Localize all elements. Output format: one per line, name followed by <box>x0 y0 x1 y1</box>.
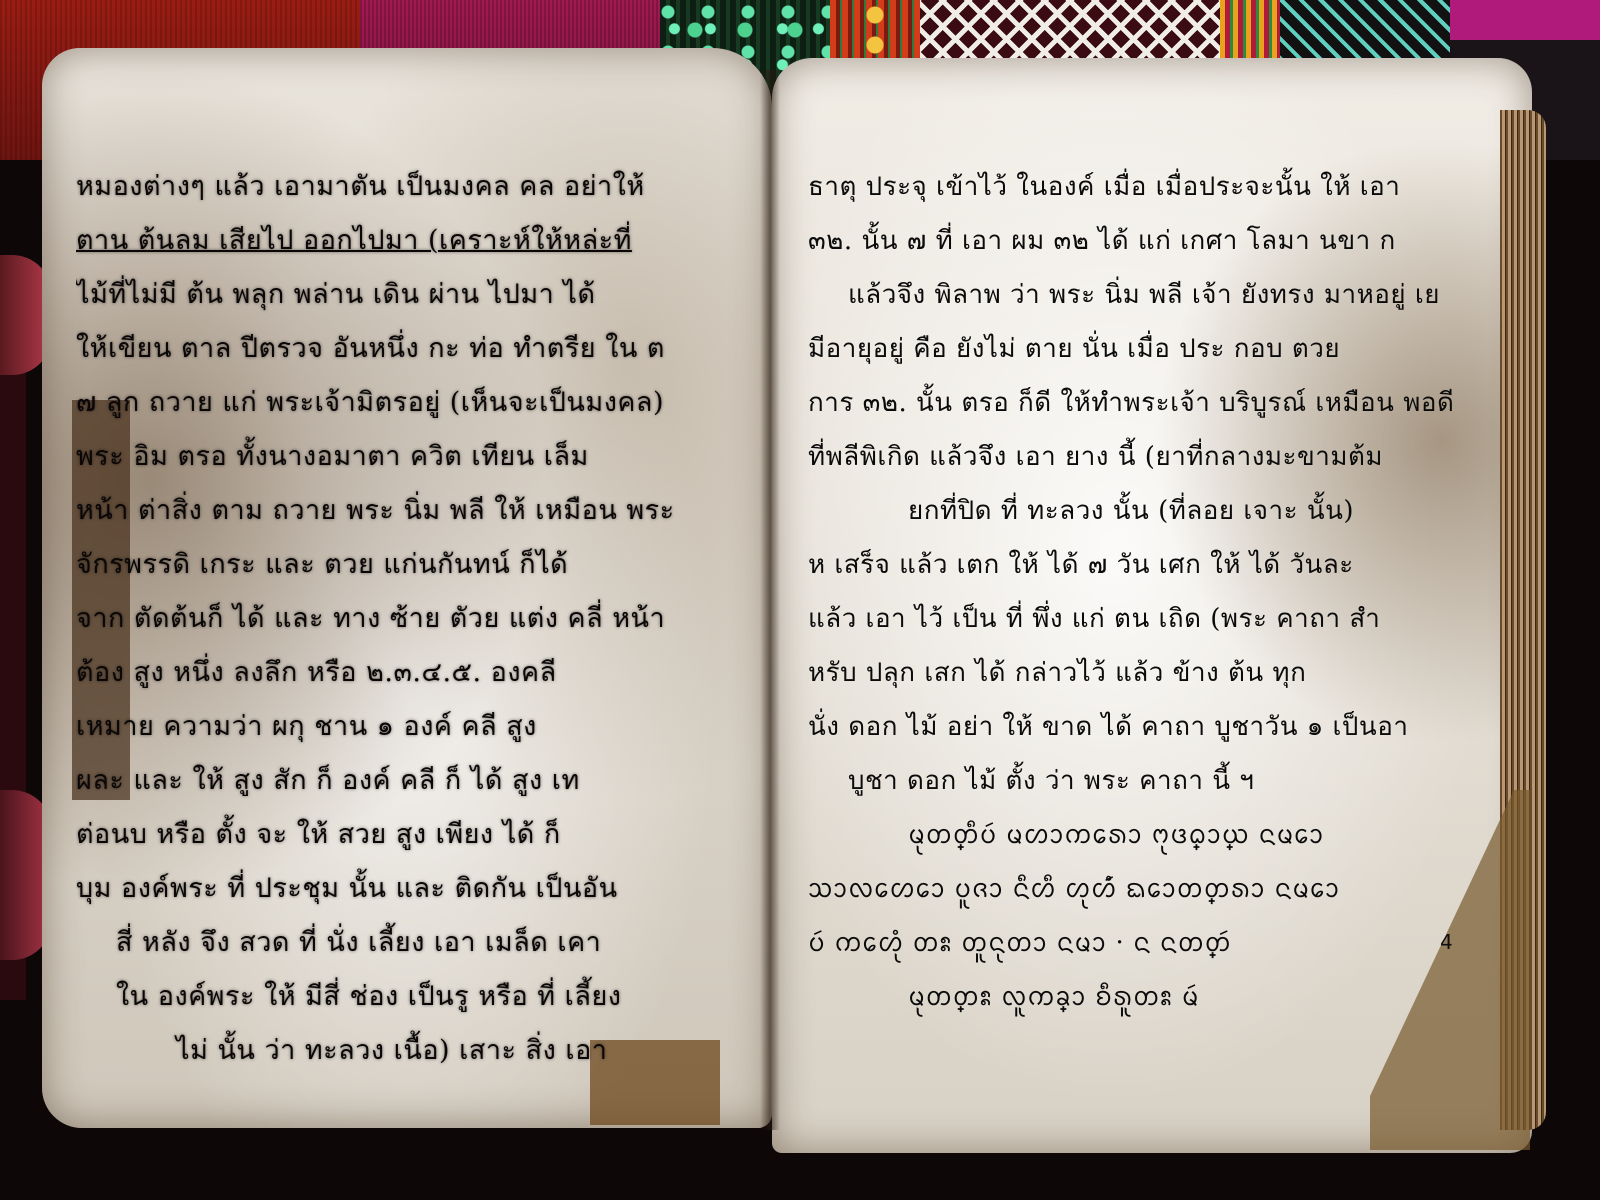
manuscript-line: ให้เขียน ตาล ปีตรวจ อันหนึ่ง กะ ท่อ ทำตร… <box>76 322 776 376</box>
manuscript-line: ยกที่ปิด ที่ ทะลวง นั้น (ที่ลอย เจาะ นั้… <box>808 484 1508 538</box>
manuscript-line: บุม องค์พระ ที่ ประชุม นั้น และ ติดกัน เ… <box>76 862 776 916</box>
manuscript-line: หมองต่างๆ แล้ว เอามาตัน เป็นมงคล คล อย่า… <box>76 160 776 214</box>
manuscript-line-underlined: ตาน ต้นลม เสียไป ออกไปมา (เคราะห์ให้หล่ะ… <box>76 214 776 268</box>
manuscript-line: หรับ ปลุก เสก ได้ กล่าวไว้ แล้ว ข้าง ต้น… <box>808 646 1508 700</box>
manuscript-line: ห เสร็จ แล้ว เตก ให้ ได้ ๗ วัน เศก ให้ ไ… <box>808 538 1508 592</box>
mantra-line-tham-script: ᨾᩩᨲ᩠ᨲᩥᨷᩢ ᨾᩉᩣᨠᩮᩁᩣ ᨻᩩᨴ᩠ᨵᩣ᩠ᨿ ᨶᨾᩮᩣ <box>808 808 1508 862</box>
page-mark: 4 <box>1440 930 1453 954</box>
manuscript-line: ไม่ นั้น ว่า ทะลวง เนื้อ) เสาะ สิ่ง เอา <box>76 1024 776 1078</box>
manuscript-line: ต้อง สูง หนึ่ง ลงลึก หรือ ๒.๓.๔.๕. องคลี <box>76 646 776 700</box>
manuscript-line: หน้า ต่าสิ่ง ตาม ถวาย พระ นิ่ม พลี ให้ เ… <box>76 484 776 538</box>
right-page-text: ธาตุ ประจุ เข้าไว้ ในองค์ เมื่อ เมื่อประ… <box>808 160 1508 1024</box>
mantra-line-tham-script: ᩈᩣᩃᩮᩉᩮᩣ ᨷᩪᨩᩣ ᨶᩥᩉᩥ ᩉᩩᩉᩢᩴ ᨳᩮᩣᨲ᩠ᨲᩁᩣ ᨶᨾᩮᩣ <box>808 862 1508 916</box>
manuscript-line: จาก ตัดต้นก็ ได้ และ ทาง ซ้าย ตัวย แต่ง … <box>76 592 776 646</box>
manuscript-line: พระ อิม ตรอ ทั้งนางอมาตา ควิต เทียน เล็ม <box>76 430 776 484</box>
manuscript-line: ผละ และ ให้ สูง สัก ก็ องค์ คลี ก็ ได้ ส… <box>76 754 776 808</box>
manuscript-line: เหมาย ความว่า ผกุ ชาน ๑ องค์ คลี สูง <box>76 700 776 754</box>
left-page-text: หมองต่างๆ แล้ว เอามาตัน เป็นมงคล คล อย่า… <box>76 160 776 1078</box>
manuscript-line: การ ๓๒. นั้น ตรอ ก็ดี ให้ทำพระเจ้า บริบู… <box>808 376 1508 430</box>
manuscript-line: ไม้ที่ไม่มี ต้น พลุก พล่าน เดิน ผ่าน ไปม… <box>76 268 776 322</box>
manuscript-line: ๓๒. นั้น ๗ ที่ เอา ผม ๓๒ ได้ แก่ เกศา โล… <box>808 214 1508 268</box>
manuscript-line: บูชา ดอก ไม้ ตั้ง ว่า พระ คาถา นี้ ฯ <box>808 754 1508 808</box>
manuscript-line: ๗ ลูก ถวาย แก่ พระเจ้ามิตรอยู่ (เห็นจะเป… <box>76 376 776 430</box>
manuscript-line: จักรพรรดิ เกระ และ ตวย แก่นกันทน์ ก็ได้ <box>76 538 776 592</box>
manuscript-line: ธาตุ ประจุ เข้าไว้ ในองค์ เมื่อ เมื่อประ… <box>808 160 1508 214</box>
manuscript-line: สี่ หลัง จึง สวด ที่ นั่ง เลี้ยง เอา เมล… <box>76 916 776 970</box>
mantra-line-tham-script: ᨷᩢ ᨠᩮᩉᩩᩴ ᨲᩡ ᨲᩪᨶᩩᨲᩣ ᨶᨾᩣ · ᨶ ᨶᨲ᩠ᨲᩢ <box>808 916 1508 970</box>
manuscript-line: นั่ง ดอก ไม้ อย่า ให้ ขาด ได้ คาถา บูชาว… <box>808 700 1508 754</box>
manuscript-line: มีอายุอยู่ คือ ยังไม่ ตาย นั่น เมื่อ ประ… <box>808 322 1508 376</box>
manuscript-line: ที่พลีพิเกิด แล้วจึง เอา ยาง นี้ (ยาที่ก… <box>808 430 1508 484</box>
mantra-line-tham-script: ᨾᩩᨲ᩠ᨲᩡ ᩃᩪᨠ᩠ᨡᩣ ᨧᩥᩁᩪᨲᩡ ᨾᩢ <box>808 970 1508 1024</box>
manuscript-line: แล้ว เอา ไว้ เป็น ที่ พึ่ง แก่ ตน เถิด (… <box>808 592 1508 646</box>
manuscript-line: ต่อนบ หรือ ตั้ง จะ ให้ สวย สูง เพียง ได้… <box>76 808 776 862</box>
manuscript-line: แล้วจึง พิลาพ ว่า พระ นิ่ม พลี เจ้า ยังท… <box>808 268 1508 322</box>
manuscript-line: ใน องค์พระ ให้ มีสี่ ช่อง เป็นรู หรือ ที… <box>76 970 776 1024</box>
